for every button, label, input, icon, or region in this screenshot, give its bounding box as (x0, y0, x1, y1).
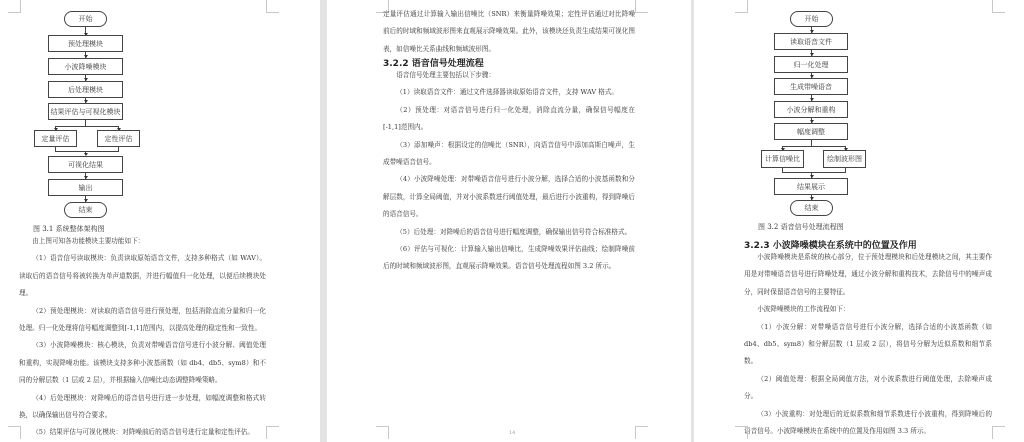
page-corner-mark (376, 426, 389, 439)
body-text: 由上图可知各功能模块主要功能如下： （1）语音信号读取模块：负责读取原始语音文件… (19, 233, 266, 442)
paragraph: 由上图可知各功能模块主要功能如下： (19, 233, 266, 250)
paragraph: 小波降噪模块的工作流程如下： (744, 301, 992, 318)
body-text: 小波降噪模块是系统的核心部分，位于预处理模块和后处理模块之间，其主要作用是对带噪… (744, 249, 992, 440)
flowchart-start-node: 开始 (64, 11, 107, 27)
page-corner-mark (8, 0, 21, 13)
flowchart-step-preprocess: 预处理模块 (48, 35, 123, 52)
flowchart-branch-quantitative: 定量评估 (34, 130, 77, 147)
page-corner-mark (8, 426, 21, 439)
paragraph: （3）小波重构：对处理后的近似系数和细节系数进行小波重构，得到降噪后的语音信号。… (744, 406, 992, 441)
page-corner-mark (635, 0, 648, 13)
flowchart-end-node: 结束 (790, 200, 833, 216)
paragraph: （2）预处理模块：对读取的语音信号进行预处理，包括消除直流分量和归一化处理。归一… (19, 303, 266, 338)
page-corner-mark (735, 0, 748, 13)
flowchart-step-add-noise: 生成带噪语音 (774, 78, 848, 95)
paragraph: 定量评估通过计算输入输出信噪比（SNR）来衡量降噪效果；定性评估通过对比降噪前后… (383, 6, 635, 58)
paragraph: （3）添加噪声：根据设定的信噪比（SNR），向语音信号中添加高斯白噪声，生成带噪… (383, 137, 635, 172)
document-page-14: 定量评估通过计算输入输出信噪比（SNR）来衡量降噪效果；定性评估通过对比降噪前后… (327, 0, 691, 442)
flowchart-step-visual-result: 可视化结果 (48, 156, 123, 173)
paragraph: （5）结果评估与可视化模块：对降噪前后的语音信号进行定量和定性评估。 (19, 424, 266, 441)
flowchart-branch-qualitative: 定性评估 (97, 130, 140, 147)
flowchart-branch-snr: 计算信噪比 (761, 150, 804, 168)
flowchart-step-show-result: 结果展示 (774, 178, 848, 195)
flowchart-step-output: 输出 (48, 179, 123, 196)
paragraph: 语音信号处理主要包括以下步骤： (383, 67, 635, 84)
paragraph: （1）小波分解：对带噪语音信号进行小波分解，选择合适的小波基函数（如 db4、d… (744, 319, 992, 371)
page-corner-mark (266, 426, 279, 439)
flowchart-step-wavelet: 小波分解和重构 (774, 101, 848, 118)
flowchart-step-wavelet: 小波降噪模块 (48, 58, 123, 75)
paragraph: （4）后处理模块：对降噪后的语音信号进行进一步处理，如幅度调整和格式转换，以确保… (19, 390, 266, 425)
paragraph: （1）读取语音文件：通过文件选择器读取原始语音文件，支持 WAV 格式。 (383, 84, 635, 101)
paragraph: （2）阈值处理：根据全局阈值方法，对小波系数进行阈值处理，去除噪声成分。 (744, 371, 992, 406)
page-number: 15 (869, 430, 875, 436)
paragraph: 小波降噪模块是系统的核心部分，位于预处理模块和后处理模块之间，其主要作用是对带噪… (744, 249, 992, 301)
flowchart-start-node: 开始 (790, 11, 833, 27)
flowchart-end-node: 结束 (64, 202, 107, 218)
flowchart-step-amplitude: 幅度调整 (774, 123, 848, 140)
figure-caption: 图 3.2 语音信号处理流程图 (758, 222, 844, 232)
flowchart-branch-waveform: 绘制波形图 (823, 150, 866, 168)
flowchart-step-normalize: 归一化处理 (774, 56, 848, 73)
paragraph: （1）语音信号读取模块：负责读取原始语音文件，支持多种格式（如 WAV）。读取后… (19, 250, 266, 302)
flowchart-step-evaluation: 结果评估与可视化模块 (48, 103, 123, 120)
page-corner-mark (635, 426, 648, 439)
body-text: 定量评估通过计算输入输出信噪比（SNR）来衡量降噪效果；定性评估通过对比降噪前后… (383, 6, 635, 58)
paragraph: （6）评估与可视化：计算输入输出信噪比，生成降噪效果评估曲线；绘制降噪前后的时域… (383, 241, 635, 276)
page-number: 13 (145, 430, 151, 436)
paragraph: （3）小波降噪模块：核心模块，负责对带噪语音信号进行小波分解、阈值处理和重构，实… (19, 337, 266, 389)
document-page-15: 开始 读取语音文件 归一化处理 生成带噪语音 小波分解和重构 幅度调整 计算信噪… (694, 0, 1024, 442)
paragraph: （2）预处理：对语音信号进行归一化处理，消除直流分量，确保信号幅度在[-1,1]… (383, 102, 635, 137)
page-number: 14 (509, 430, 515, 436)
page-corner-mark (735, 426, 748, 439)
paragraph: （5）后处理：对降噪后的语音信号进行幅度调整，确保输出信号符合标准格式。 (383, 224, 635, 241)
page-corner-mark (266, 0, 279, 13)
document-page-13: 开始 预处理模块 小波降噪模块 后处理模块 结果评估与可视化模块 定量评估 定性… (0, 0, 320, 442)
paragraph: （4）小波降噪处理：对带噪语音信号进行小波分解，选择合适的小波基函数和分解层数，… (383, 171, 635, 223)
page-corner-mark (992, 0, 1005, 13)
flowchart-step-postprocess: 后处理模块 (48, 81, 123, 98)
flowchart-step-read-file: 读取语音文件 (774, 33, 848, 50)
page-corner-mark (992, 426, 1005, 439)
body-text: 语音信号处理主要包括以下步骤： （1）读取语音文件：通过文件选择器读取原始语音文… (383, 67, 635, 276)
